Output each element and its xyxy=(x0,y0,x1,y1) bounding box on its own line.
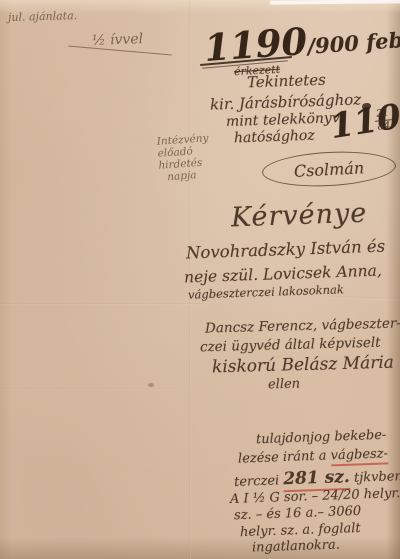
address-line-tekintetes: Tekintetes xyxy=(247,71,326,92)
respondent-line: Dancsz Ferencz, vágbeszter- xyxy=(205,315,400,336)
pencil-side-note: Intézvény előadó hirdetés napja xyxy=(156,132,211,183)
pencil-note-top-left-line2: ½ ívvel xyxy=(92,31,144,49)
petitioner-line: neje szül. Lovicsek Anna, xyxy=(184,262,382,287)
respondent-line: kiskorú Belász Mária xyxy=(212,353,394,378)
subject-text: tjkvben xyxy=(350,469,400,486)
registry-date: /900 február 11 xyxy=(307,21,400,59)
address-line-hatosaghoz: hatósághoz xyxy=(234,128,315,147)
pencil-side-line: napja xyxy=(167,168,211,183)
subject-line: sz. – és 16 a.– 3060 xyxy=(234,504,362,523)
subject-text: terczei xyxy=(234,473,284,490)
horizontal-fold-crease xyxy=(0,388,175,390)
horizontal-fold-crease xyxy=(0,303,205,305)
petitioner-line: Novohradszky István és xyxy=(186,237,386,263)
subject-line: lezése iránt a vágbesz- xyxy=(238,446,388,466)
subject-text: lezése iránt a xyxy=(238,448,331,466)
paper-stain xyxy=(148,383,154,387)
fraction-denominator: 84 xyxy=(377,120,391,132)
document-title: Kérvénye xyxy=(231,198,368,234)
respondent-line: czei ügyvéd által képviselt xyxy=(200,335,381,356)
file-number-fraction: 21 84 xyxy=(374,108,393,133)
horizontal-fold-crease xyxy=(330,296,400,300)
address-line-telekkonyvi: mint telekkönyvi xyxy=(226,110,345,130)
subject-line: ingatlanokra. xyxy=(252,537,340,555)
pencil-note-top-left-line1: jul. ajánlata. xyxy=(8,9,77,24)
signature-oval: Csolmán xyxy=(261,149,397,190)
subject-line: tulajdonjog bekebe- xyxy=(256,428,387,448)
scanned-document-page: jul. ajánlata. ½ ívvel 1190/900 február … xyxy=(0,0,400,559)
respondent-line: ellen xyxy=(268,377,300,393)
red-underlined-text: vágbesz- xyxy=(330,446,388,466)
signature: Csolmán xyxy=(293,158,364,181)
torn-top-edge xyxy=(270,0,400,5)
subject-line: helyr. sz. a. foglalt xyxy=(240,521,361,540)
